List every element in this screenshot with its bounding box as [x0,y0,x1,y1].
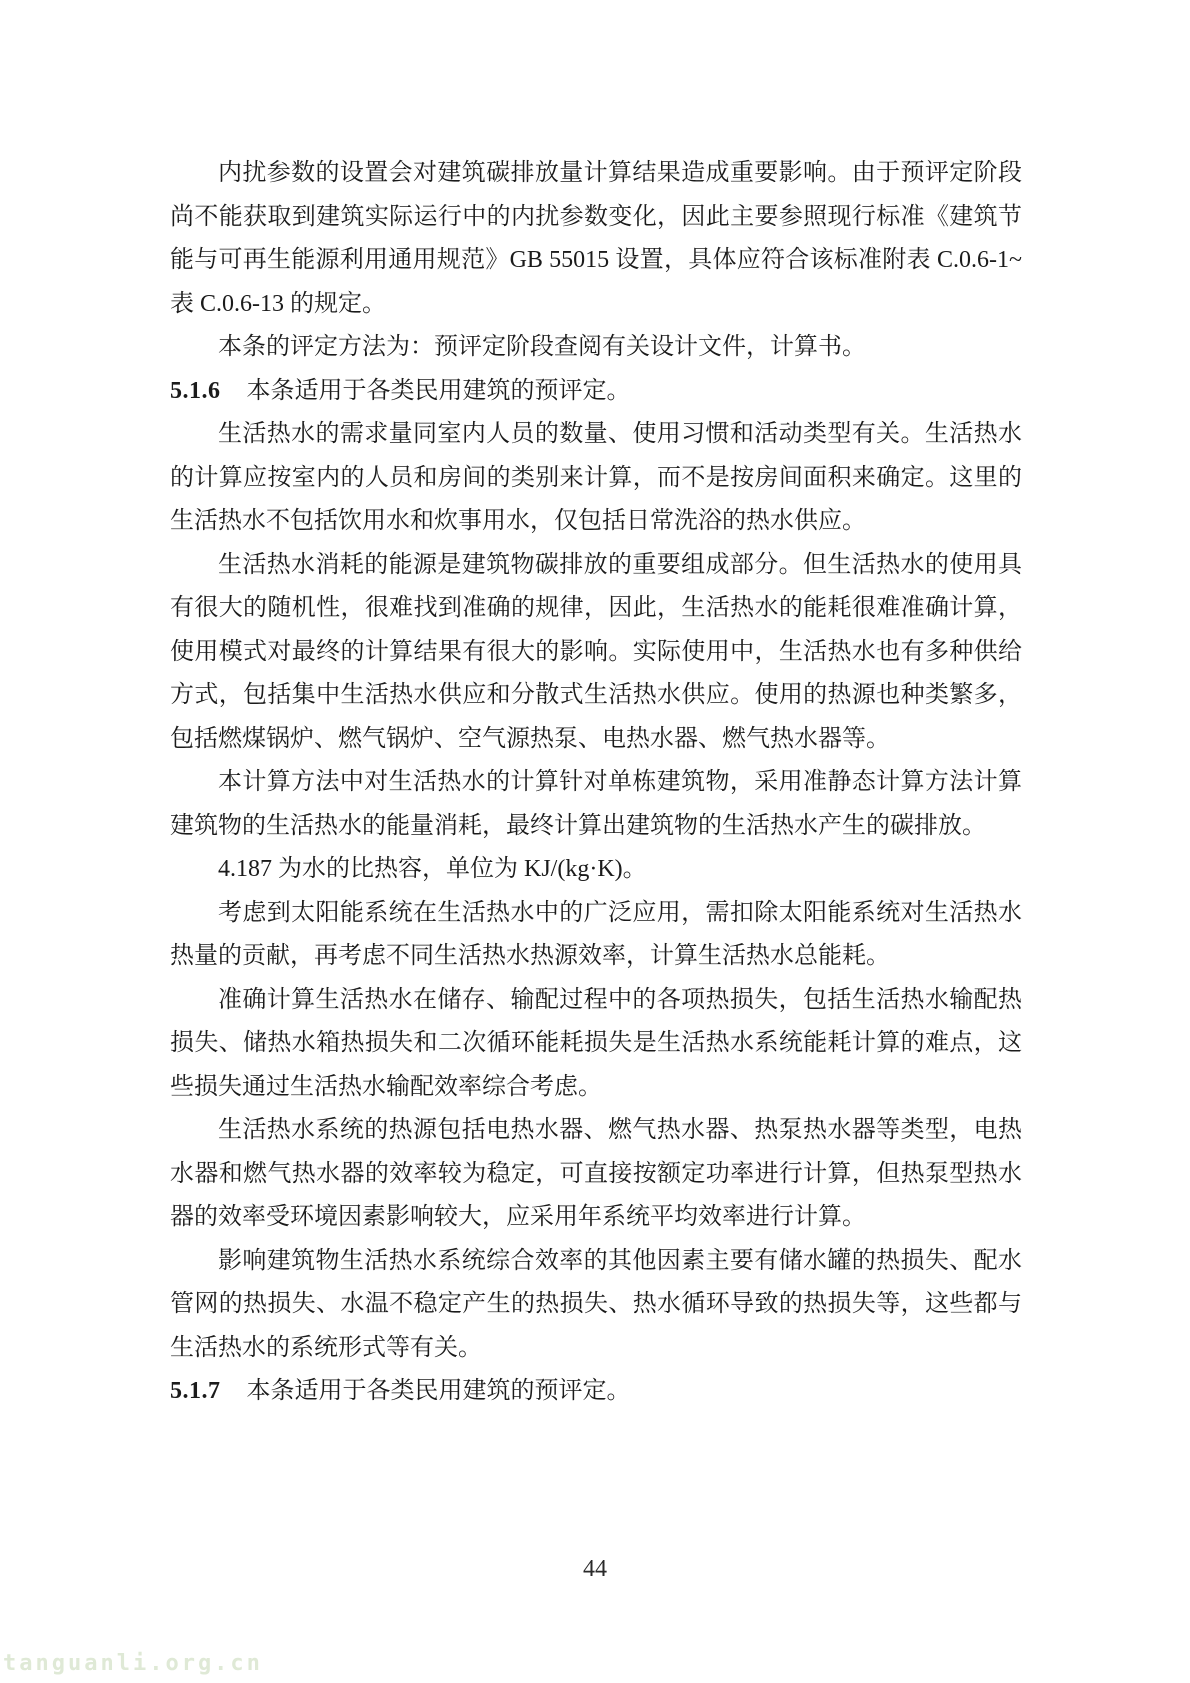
paragraph-text: 生活热水消耗的能源是建筑物碳排放的重要组成部分。但生活热水的使用具有很大的随机性… [170,552,1022,752]
body-paragraph: 生活热水消耗的能源是建筑物碳排放的重要组成部分。但生活热水的使用具有很大的随机性… [170,544,1022,762]
document-page: 内扰参数的设置会对建筑碳排放量计算结果造成重要影响。由于预评定阶段尚不能获取到建… [0,0,1190,1683]
paragraph-text: 准确计算生活热水在储存、输配过程中的各项热损失，包括生活热水输配热损失、储热水箱… [170,987,1022,1100]
body-paragraph: 本计算方法中对生活热水的计算针对单栋建筑物，采用准静态计算方法计算建筑物的生活热… [170,761,1022,848]
paragraph-text: 本计算方法中对生活热水的计算针对单栋建筑物，采用准静态计算方法计算建筑物的生活热… [170,769,1022,839]
paragraph-text: 内扰参数的设置会对建筑碳排放量计算结果造成重要影响。由于预评定阶段尚不能获取到建… [170,160,1022,317]
body-paragraph: 生活热水的需求量同室内人员的数量、使用习惯和活动类型有关。生活热水的计算应按室内… [170,413,1022,544]
paragraph-text: 考虑到太阳能系统在生活热水中的广泛应用，需扣除太阳能系统对生活热水热量的贡献，再… [170,900,1022,970]
page-number: 44 [0,1556,1190,1583]
paragraph-text: 生活热水的需求量同室内人员的数量、使用习惯和活动类型有关。生活热水的计算应按室内… [170,421,1022,534]
paragraph-text: 本条的评定方法为：预评定阶段查阅有关设计文件，计算书。 [218,334,866,360]
body-paragraph: 影响建筑物生活热水系统综合效率的其他因素主要有储水罐的热损失、配水管网的热损失、… [170,1240,1022,1371]
body-paragraph: 考虑到太阳能系统在生活热水中的广泛应用，需扣除太阳能系统对生活热水热量的贡献，再… [170,892,1022,979]
body-paragraph: 4.187 为水的比热容，单位为 KJ/(kg·K)。 [170,848,1022,892]
body-paragraph: 本条的评定方法为：预评定阶段查阅有关设计文件，计算书。 [170,326,1022,370]
paragraph-text: 生活热水系统的热源包括电热水器、燃气热水器、热泵热水器等类型，电热水器和燃气热水… [170,1117,1022,1230]
paragraph-text: 影响建筑物生活热水系统综合效率的其他因素主要有储水罐的热损失、配水管网的热损失、… [170,1248,1022,1361]
clause-paragraph: 5.1.6本条适用于各类民用建筑的预评定。 [170,370,1022,414]
section-number: 5.1.6 [170,370,221,414]
clause-paragraph: 5.1.7本条适用于各类民用建筑的预评定。 [170,1370,1022,1414]
paragraph-text: 本条适用于各类民用建筑的预评定。 [247,1378,631,1404]
paragraph-text: 本条适用于各类民用建筑的预评定。 [247,378,631,404]
watermark: tanguanli.org.cn [3,1651,263,1676]
body-paragraph: 准确计算生活热水在储存、输配过程中的各项热损失，包括生活热水输配热损失、储热水箱… [170,979,1022,1110]
document-body: 内扰参数的设置会对建筑碳排放量计算结果造成重要影响。由于预评定阶段尚不能获取到建… [170,152,1022,1414]
body-paragraph: 生活热水系统的热源包括电热水器、燃气热水器、热泵热水器等类型，电热水器和燃气热水… [170,1109,1022,1240]
body-paragraph: 内扰参数的设置会对建筑碳排放量计算结果造成重要影响。由于预评定阶段尚不能获取到建… [170,152,1022,326]
paragraph-text: 4.187 为水的比热容，单位为 KJ/(kg·K)。 [218,856,647,882]
section-number: 5.1.7 [170,1370,221,1414]
